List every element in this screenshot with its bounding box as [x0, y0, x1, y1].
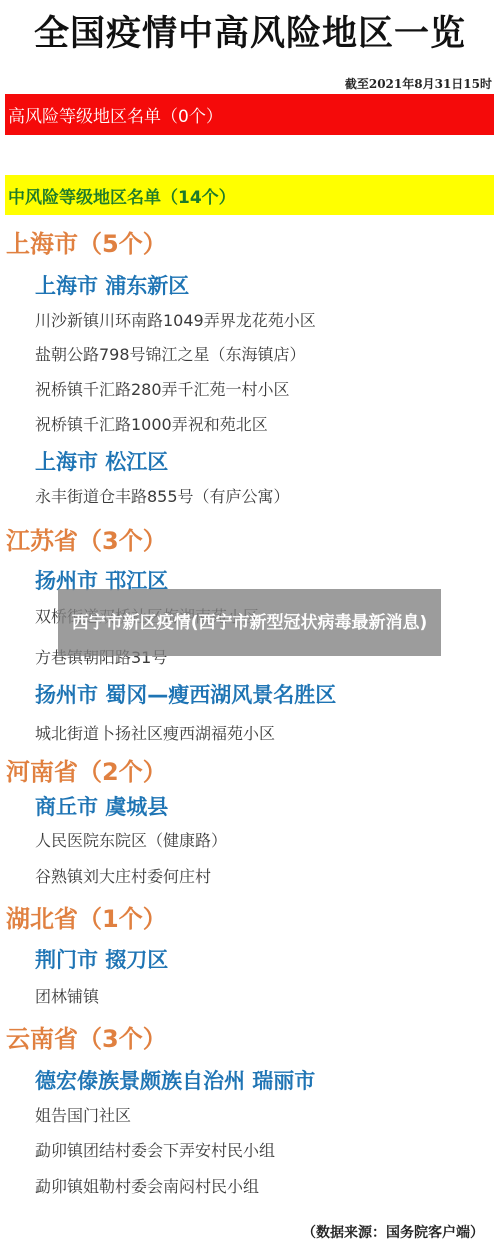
area-item: 团林铺镇	[35, 984, 99, 1007]
caption-text: 西宁市新区疫情(西宁市新型冠状病毒最新消息)	[72, 612, 428, 634]
data-source-note: （数据来源：国务院客户端）	[302, 1222, 484, 1242]
as-of-timestamp: 截至2021年8月31日15时	[345, 75, 492, 92]
city-heading: 上海市 浦东新区	[35, 270, 189, 300]
area-item: 盐朝公路798号锦江之星（东海镇店）	[35, 342, 306, 365]
city-heading: 荆门市 掇刀区	[35, 944, 168, 974]
area-item: 祝桥镇千汇路280弄千汇苑一村小区	[35, 377, 290, 400]
area-item: 祝桥镇千汇路1000弄祝和苑北区	[35, 412, 268, 435]
area-item: 川沙新镇川环南路1049弄界龙花苑小区	[35, 308, 316, 331]
province-heading: 上海市（5个）	[6, 224, 167, 259]
city-heading: 商丘市 虞城县	[35, 791, 168, 821]
province-heading: 云南省（3个）	[6, 1019, 167, 1054]
area-item: 城北街道卜扬社区瘦西湖福苑小区	[35, 721, 275, 744]
area-item: 永丰街道仓丰路855号（有庐公寓）	[35, 484, 290, 507]
area-item: 人民医院东院区（健康路）	[35, 828, 227, 851]
high-risk-label: 高风险等级地区名单（0个）	[8, 102, 223, 127]
caption-overlay: 西宁市新区疫情(西宁市新型冠状病毒最新消息)	[58, 589, 441, 656]
city-heading: 扬州市 蜀冈—瘦西湖风景名胜区	[35, 679, 336, 709]
mid-risk-banner: 中风险等级地区名单（14个）	[5, 175, 494, 215]
province-heading: 湖北省（1个）	[6, 899, 167, 934]
area-item: 勐卯镇团结村委会下弄安村民小组	[35, 1138, 275, 1161]
area-item: 谷熟镇刘大庄村委何庄村	[35, 864, 211, 887]
city-heading: 上海市 松江区	[35, 446, 168, 476]
province-heading: 河南省（2个）	[6, 752, 167, 787]
area-item: 勐卯镇姐勒村委会南闷村民小组	[35, 1174, 259, 1197]
area-item: 姐告国门社区	[35, 1103, 131, 1126]
province-heading: 江苏省（3个）	[6, 521, 167, 556]
city-heading: 德宏傣族景颇族自治州 瑞丽市	[35, 1065, 315, 1095]
page-title: 全国疫情中高风险地区一览	[0, 6, 500, 56]
mid-risk-label: 中风险等级地区名单（14个）	[8, 183, 236, 208]
high-risk-banner: 高风险等级地区名单（0个）	[5, 94, 494, 135]
